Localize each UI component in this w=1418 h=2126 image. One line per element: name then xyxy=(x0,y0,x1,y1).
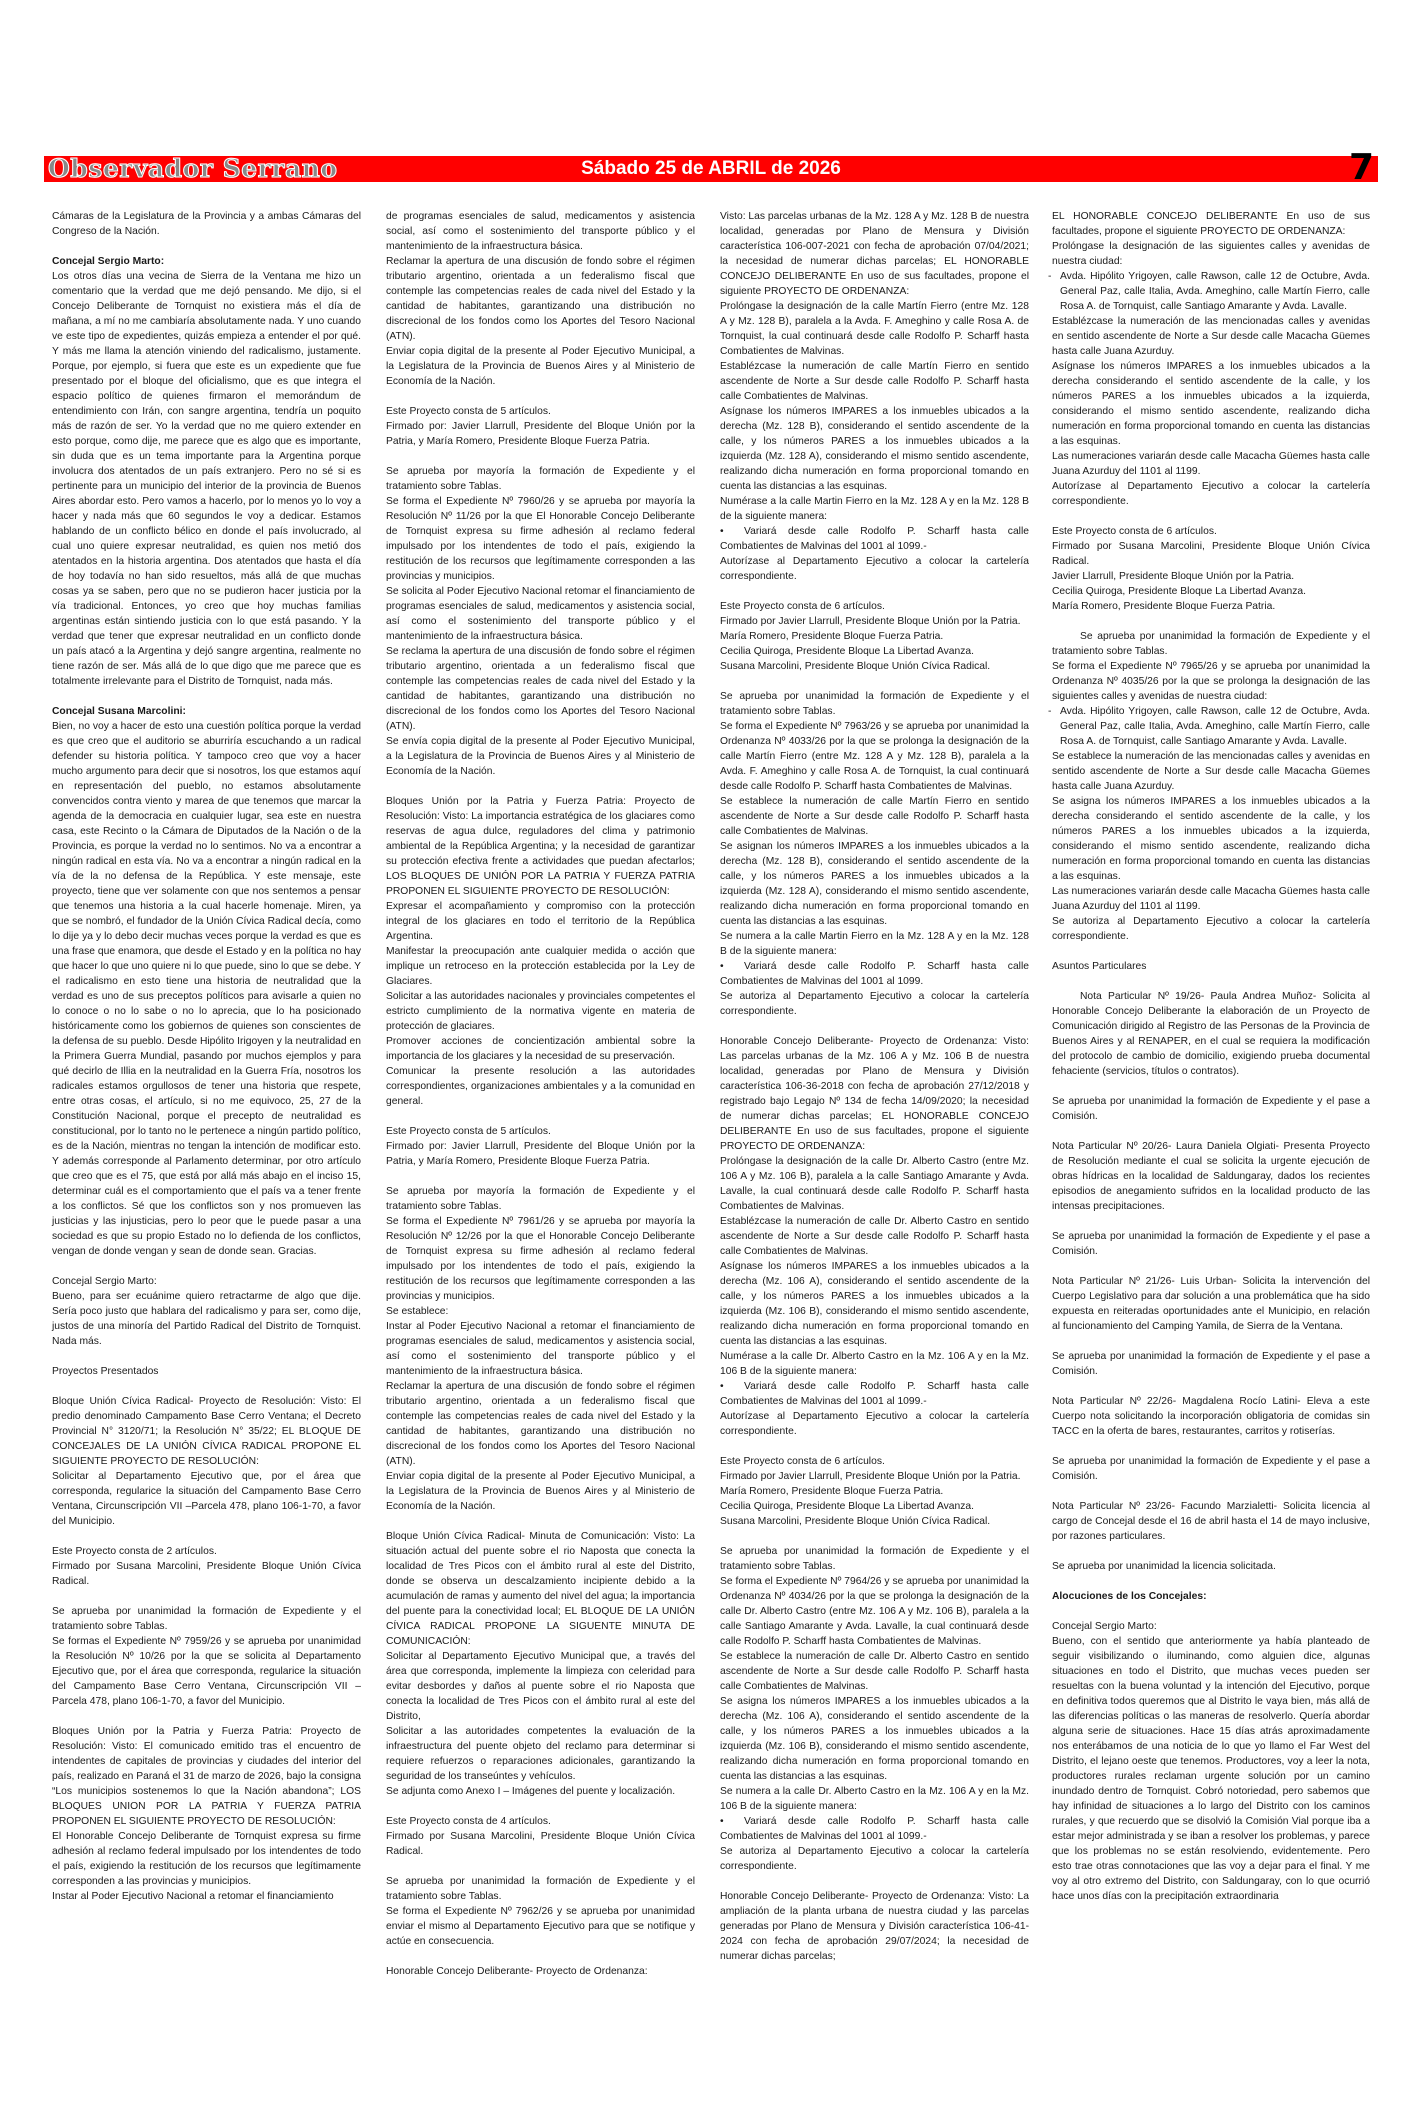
paragraph-spacer xyxy=(1052,509,1370,524)
paragraph: Se forma el Expediente Nº 7963/26 y se a… xyxy=(720,719,1029,794)
paragraph: Se numera a la calle Martin Fierro en la… xyxy=(720,929,1029,959)
paragraph-spacer xyxy=(1052,1439,1370,1454)
paragraph: Se autoriza al Departamento Ejecutivo a … xyxy=(720,989,1029,1019)
paragraph-spacer xyxy=(1052,1544,1370,1559)
paragraph: Firmado por: Javier Llarrull, Presidente… xyxy=(386,419,695,449)
paragraph: Se adjunta como Anexo I – Imágenes del p… xyxy=(386,1784,695,1799)
dash-list-item: Avda. Hipólito Yrigoyen, calle Rawson, c… xyxy=(1052,269,1370,314)
paragraph: Se reclama la apertura de una discusión … xyxy=(386,644,695,734)
paragraph: Bueno, para ser ecuánime quiero retracta… xyxy=(52,1289,361,1349)
column-1: Cámaras de la Legislatura de la Provinci… xyxy=(52,209,361,1904)
column-3: Visto: Las parcelas urbanas de la Mz. 12… xyxy=(720,209,1029,1964)
paragraph: Nota Particular Nº 19/26- Paula Andrea M… xyxy=(1052,989,1370,1079)
paragraph: Nota Particular Nº 21/26- Luis Urban- So… xyxy=(1052,1274,1370,1334)
paragraph: Instar al Poder Ejecutivo Nacional a ret… xyxy=(52,1889,361,1904)
paragraph-spacer xyxy=(386,1859,695,1874)
paragraph: de programas esenciales de salud, medica… xyxy=(386,209,695,254)
newspaper-logo: Observador Serrano xyxy=(44,156,338,182)
paragraph: Solicitar a las autoridades nacionales y… xyxy=(386,989,695,1034)
paragraph: Asígnase los números IMPARES a los inmue… xyxy=(1052,359,1370,449)
column-2: de programas esenciales de salud, medica… xyxy=(386,209,695,1979)
paragraph: Manifestar la preocupación ante cualquie… xyxy=(386,944,695,989)
bullet-item: Variará desde calle Rodolfo P. Scharff h… xyxy=(720,959,1029,989)
paragraph-spacer xyxy=(1052,1379,1370,1394)
paragraph: Enviar copia digital de la presente al P… xyxy=(386,1469,695,1514)
paragraph: Se aprueba por unanimidad la formación d… xyxy=(720,1544,1029,1574)
paragraph: Este Proyecto consta de 6 artículos. xyxy=(1052,524,1370,539)
paragraph: María Romero, Presidente Bloque Fuerza P… xyxy=(720,629,1029,644)
paragraph: Se solicita al Poder Ejecutivo Nacional … xyxy=(386,584,695,644)
paragraph: Solicitar al Departamento Ejecutivo que,… xyxy=(52,1469,361,1529)
paragraph: Autorízase al Departamento Ejecutivo a c… xyxy=(720,554,1029,584)
paragraph: Cecilia Quiroga, Presidente Bloque La Li… xyxy=(720,644,1029,659)
paragraph-spacer xyxy=(52,689,361,704)
paragraph: Se forma el Expediente Nº 7964/26 y se a… xyxy=(720,1574,1029,1649)
paragraph: Se forma el Expediente Nº 7960/26 y se a… xyxy=(386,494,695,584)
paragraph: Asígnase los números IMPARES a los inmue… xyxy=(720,1259,1029,1349)
paragraph: Se establece: xyxy=(386,1304,695,1319)
paragraph: Honorable Concejo Deliberante- Proyecto … xyxy=(386,1964,695,1979)
paragraph: Proyectos Presentados xyxy=(52,1364,361,1379)
paragraph: Se aprueba por unanimidad la formación d… xyxy=(1052,1094,1370,1124)
paragraph: Se autoriza al Departamento Ejecutivo a … xyxy=(1052,914,1370,944)
paragraph: Autorízase al Departamento Ejecutivo a c… xyxy=(1052,479,1370,509)
paragraph: Establézcase la numeración de las mencio… xyxy=(1052,314,1370,359)
paragraph: Numérase a la calle Dr. Alberto Castro e… xyxy=(720,1349,1029,1379)
paragraph-spacer xyxy=(52,239,361,254)
page-number: 7 xyxy=(1349,150,1374,186)
paragraph: Concejal Sergio Marto: xyxy=(1052,1619,1370,1634)
paragraph-spacer xyxy=(720,1439,1029,1454)
paragraph: Se forma el Expediente Nº 7965/26 y se a… xyxy=(1052,659,1370,704)
paragraph: Prolóngase la designación de las siguien… xyxy=(1052,239,1370,269)
paragraph: Las numeraciones variarán desde calle Ma… xyxy=(1052,449,1370,479)
paragraph: Susana Marcolini, Presidente Bloque Unió… xyxy=(720,659,1029,674)
paragraph: Se aprueba por mayoría la formación de E… xyxy=(386,1184,695,1214)
paragraph: Comunicar la presente resolución a las a… xyxy=(386,1064,695,1109)
paragraph-spacer xyxy=(52,1709,361,1724)
paragraph: Firmado por Javier Llarrull, Presidente … xyxy=(720,614,1029,629)
paragraph-spacer xyxy=(1052,974,1370,989)
paragraph: Susana Marcolini, Presidente Bloque Unió… xyxy=(720,1514,1029,1529)
paragraph-spacer xyxy=(386,1514,695,1529)
paragraph: Se aprueba por unanimidad la formación d… xyxy=(1052,1349,1370,1379)
paragraph: Promover acciones de concientización amb… xyxy=(386,1034,695,1064)
paragraph: Se formas el Expediente Nº 7959/26 y se … xyxy=(52,1634,361,1709)
paragraph: Reclamar la apertura de una discusión de… xyxy=(386,1379,695,1469)
bullet-item: Variará desde calle Rodolfo P. Scharff h… xyxy=(720,1379,1029,1409)
paragraph-spacer xyxy=(386,1169,695,1184)
paragraph-spacer xyxy=(1052,614,1370,629)
paragraph: Cámaras de la Legislatura de la Provinci… xyxy=(52,209,361,239)
paragraph: Firmado por: Javier Llarrull, Presidente… xyxy=(386,1139,695,1169)
paragraph: Las numeraciones variarán desde calle Ma… xyxy=(1052,884,1370,914)
paragraph: Reclamar la apertura de una discusión de… xyxy=(386,254,695,344)
paragraph: Firmado por Susana Marcolini, Presidente… xyxy=(386,1829,695,1859)
paragraph: Firmado por Susana Marcolini, Presidente… xyxy=(52,1559,361,1589)
paragraph: Se aprueba por unanimidad la formación d… xyxy=(720,689,1029,719)
paragraph: Se aprueba por unanimidad la formación d… xyxy=(1052,1454,1370,1484)
section-heading: Concejal Susana Marcolini: xyxy=(52,704,361,719)
paragraph: Establézcase la numeración de calle Mart… xyxy=(720,359,1029,404)
paragraph: Firmado por Susana Marcolini, Presidente… xyxy=(1052,539,1370,569)
paragraph: Se asigna los números IMPARES a los inmu… xyxy=(1052,794,1370,884)
paragraph-spacer xyxy=(1052,1259,1370,1274)
paragraph-spacer xyxy=(1052,1124,1370,1139)
paragraph: Bloques Unión por la Patria y Fuerza Pat… xyxy=(386,794,695,899)
paragraph-spacer xyxy=(386,1109,695,1124)
paragraph: Asuntos Particulares xyxy=(1052,959,1370,974)
paragraph-spacer xyxy=(720,674,1029,689)
paragraph: Se numera a la calle Dr. Alberto Castro … xyxy=(720,1784,1029,1814)
paragraph: Este Proyecto consta de 6 artículos. xyxy=(720,599,1029,614)
paragraph: Se forma el Expediente Nº 7961/26 y se a… xyxy=(386,1214,695,1304)
paragraph: Se autoriza al Departamento Ejecutivo a … xyxy=(720,1844,1029,1874)
paragraph-spacer xyxy=(1052,1214,1370,1229)
paragraph-spacer xyxy=(720,584,1029,599)
paragraph: Bloques Unión por la Patria y Fuerza Pat… xyxy=(52,1724,361,1829)
paragraph-spacer xyxy=(1052,944,1370,959)
paragraph: Expresar el acompañamiento y compromiso … xyxy=(386,899,695,944)
bullet-item: Variará desde calle Rodolfo P. Scharff h… xyxy=(720,1814,1029,1844)
paragraph: Se aprueba por unanimidad la formación d… xyxy=(52,1604,361,1634)
paragraph: Cecilia Quiroga, Presidente Bloque La Li… xyxy=(720,1499,1029,1514)
paragraph: Bloque Unión Cívica Radical- Minuta de C… xyxy=(386,1529,695,1649)
paragraph: Solicitar al Departamento Ejecutivo Muni… xyxy=(386,1649,695,1724)
article-columns: Cámaras de la Legislatura de la Provinci… xyxy=(52,209,1370,2069)
paragraph-spacer xyxy=(1052,1604,1370,1619)
paragraph: Autorízase al Departamento Ejecutivo a c… xyxy=(720,1409,1029,1439)
paragraph: Se asignan los números IMPARES a los inm… xyxy=(720,839,1029,929)
paragraph: Se establece la numeración de calle Dr. … xyxy=(720,1649,1029,1694)
paragraph: Prolóngase la designación de la calle Dr… xyxy=(720,1154,1029,1214)
paragraph-spacer xyxy=(1052,1079,1370,1094)
paragraph: Este Proyecto consta de 2 artículos. xyxy=(52,1544,361,1559)
paragraph: Este Proyecto consta de 5 artículos. xyxy=(386,1124,695,1139)
paragraph: Este Proyecto consta de 5 artículos. xyxy=(386,404,695,419)
paragraph: Concejal Sergio Marto: xyxy=(52,1274,361,1289)
paragraph: Honorable Concejo Deliberante- Proyecto … xyxy=(720,1034,1029,1154)
column-4: EL HONORABLE CONCEJO DELIBERANTE En uso … xyxy=(1052,209,1370,1904)
paragraph: Solicitar a las autoridades competentes … xyxy=(386,1724,695,1784)
bullet-item: Variará desde calle Rodolfo P. Scharff h… xyxy=(720,524,1029,554)
paragraph-spacer xyxy=(1052,1334,1370,1349)
paragraph: Se aprueba por unanimidad la formación d… xyxy=(1052,629,1370,659)
paragraph-spacer xyxy=(1052,1484,1370,1499)
paragraph-spacer xyxy=(386,779,695,794)
paragraph: Asígnase los números IMPARES a los inmue… xyxy=(720,404,1029,494)
paragraph-spacer xyxy=(720,1874,1029,1889)
section-heading: Concejal Sergio Marto: xyxy=(52,254,361,269)
paragraph: Se aprueba por unanimidad la licencia so… xyxy=(1052,1559,1370,1574)
paragraph: María Romero, Presidente Bloque Fuerza P… xyxy=(1052,599,1370,614)
paragraph-spacer xyxy=(52,1349,361,1364)
paragraph: Este Proyecto consta de 4 artículos. xyxy=(386,1814,695,1829)
paragraph-spacer xyxy=(52,1379,361,1394)
paragraph: Firmado por Javier Llarrull, Presidente … xyxy=(720,1469,1029,1484)
paragraph: Nota Particular Nº 20/26- Laura Daniela … xyxy=(1052,1139,1370,1214)
paragraph-spacer xyxy=(386,389,695,404)
paragraph: Cecilia Quiroga, Presidente Bloque La Li… xyxy=(1052,584,1370,599)
paragraph: Este Proyecto consta de 6 artículos. xyxy=(720,1454,1029,1469)
paragraph: Se asigna los números IMPARES a los inmu… xyxy=(720,1694,1029,1784)
paragraph: Visto: Las parcelas urbanas de la Mz. 12… xyxy=(720,209,1029,299)
paragraph: Se forma el Expediente Nº 7962/26 y se a… xyxy=(386,1904,695,1949)
paragraph-spacer xyxy=(386,449,695,464)
section-heading: Alocuciones de los Concejales: xyxy=(1052,1589,1370,1604)
masthead: Observador Serrano Sábado 25 de ABRIL de… xyxy=(44,156,1378,182)
paragraph-spacer xyxy=(52,1589,361,1604)
paragraph-spacer xyxy=(52,1529,361,1544)
paragraph-spacer xyxy=(1052,1574,1370,1589)
paragraph: Instar al Poder Ejecutivo Nacional a ret… xyxy=(386,1319,695,1379)
paragraph-spacer xyxy=(720,1529,1029,1544)
paragraph: Establézcase la numeración de calle Dr. … xyxy=(720,1214,1029,1259)
paragraph-spacer xyxy=(386,1949,695,1964)
paragraph: Se envía copia digital de la presente al… xyxy=(386,734,695,779)
paragraph: Nota Particular Nº 23/26- Facundo Marzia… xyxy=(1052,1499,1370,1544)
paragraph: Se establece la numeración de las mencio… xyxy=(1052,749,1370,794)
paragraph: El Honorable Concejo Deliberante de Torn… xyxy=(52,1829,361,1889)
paragraph: Bloque Unión Cívica Radical- Proyecto de… xyxy=(52,1394,361,1469)
paragraph-spacer xyxy=(52,1259,361,1274)
paragraph: Se aprueba por unanimidad la formación d… xyxy=(386,1874,695,1904)
paragraph: Honorable Concejo Deliberante- Proyecto … xyxy=(720,1889,1029,1964)
paragraph: Los otros días una vecina de Sierra de l… xyxy=(52,269,361,689)
paragraph: Enviar copia digital de la presente al P… xyxy=(386,344,695,389)
paragraph: María Romero, Presidente Bloque Fuerza P… xyxy=(720,1484,1029,1499)
paragraph: Bien, no voy a hacer de esto una cuestió… xyxy=(52,719,361,1259)
paragraph-spacer xyxy=(720,1019,1029,1034)
paragraph: Bueno, con el sentido que anteriormente … xyxy=(1052,1634,1370,1904)
paragraph: Nota Particular Nº 22/26- Magdalena Rocí… xyxy=(1052,1394,1370,1439)
paragraph: Se establece la numeración de calle Mart… xyxy=(720,794,1029,839)
dash-list-item: Avda. Hipólito Yrigoyen, calle Rawson, c… xyxy=(1052,704,1370,749)
paragraph-spacer xyxy=(386,1799,695,1814)
paragraph: Numérase a la calle Martin Fierro en la … xyxy=(720,494,1029,524)
paragraph: Prolóngase la designación de la calle Ma… xyxy=(720,299,1029,359)
paragraph: Se aprueba por mayoría la formación de E… xyxy=(386,464,695,494)
paragraph: Se aprueba por unanimidad la formación d… xyxy=(1052,1229,1370,1259)
paragraph: EL HONORABLE CONCEJO DELIBERANTE En uso … xyxy=(1052,209,1370,239)
paragraph: Javier Llarrull, Presidente Bloque Unión… xyxy=(1052,569,1370,584)
